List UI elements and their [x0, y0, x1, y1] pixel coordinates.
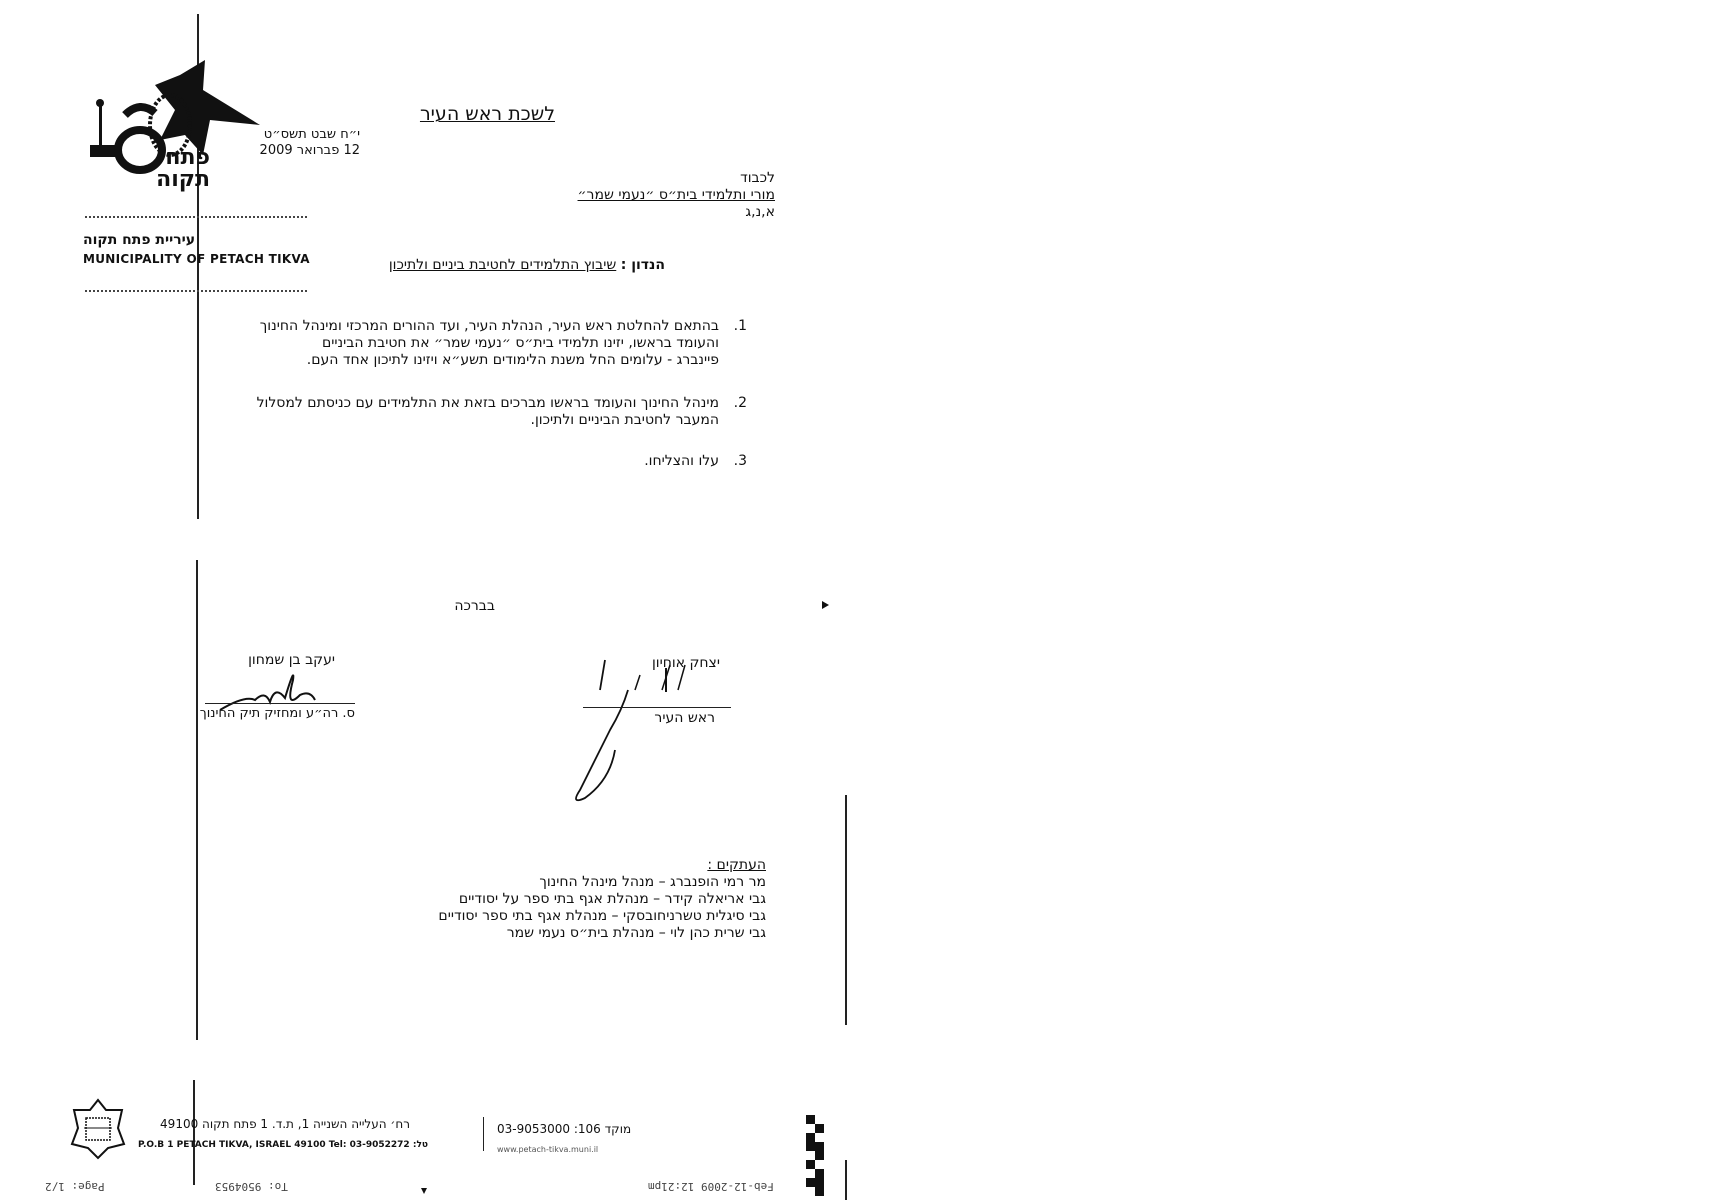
list-item-2: 2. מינהל החינוך והעומד בראשו מברכים בזאת… — [175, 395, 747, 429]
item-line: עלו והצליחו. — [560, 453, 719, 470]
footer-divider — [483, 1117, 484, 1151]
footer-address-he: רח׳ העלייה השנייה 1, ת.ד. 1 פתח תקוה 491… — [135, 1117, 410, 1131]
greeting: א,נ,ג — [520, 204, 775, 221]
item-line: המעבר לחטיבת הביניים ולתיכון. — [175, 412, 719, 429]
scan-line-right — [845, 795, 847, 1025]
scan-arrow-mark — [421, 1188, 427, 1194]
scan-line-left-lower — [196, 560, 198, 1040]
subject-line: הנדון : שיבוץ התלמידים לחטיבת ביניים ולת… — [330, 257, 665, 274]
divider-bottom — [85, 290, 307, 292]
logo-text-line2: תקוה — [150, 169, 210, 191]
signatory-left-title: ס. רה״ע ומחזיק תיק החינוך — [180, 706, 355, 722]
fax-timestamp: Feb-12-2009 12:21pm — [648, 1180, 774, 1193]
city-logo: פתח תקוה — [85, 55, 265, 195]
list-item-3: 3. עלו והצליחו. — [560, 453, 747, 470]
item-number: 3. — [734, 453, 747, 470]
item-number: 2. — [734, 395, 747, 412]
cc-list: העתקים : מר רמי הופנברג – מנהל מינהל החי… — [370, 857, 766, 942]
item-line: מינהל החינוך והעומד בראשו מברכים בזאת את… — [175, 395, 719, 412]
office-title: לשכת ראש העיר — [390, 103, 555, 125]
addressee-block: לכבוד מורי ותלמידי בית״ס ״נעמי שמר״ א,נ,… — [520, 170, 775, 221]
footer-address-en: P.O.B 1 PETACH TIKVA, ISRAEL 49100 Tel: … — [138, 1140, 468, 1150]
municipality-name-en: MUNICIPALITY OF PETACH TIKVA — [83, 252, 313, 266]
date-gregorian: 12 פברואר 2009 — [210, 143, 360, 159]
municipality-block: עיריית פתח תקוה MUNICIPALITY OF PETACH T… — [83, 232, 313, 266]
cc-label: העתקים : — [370, 857, 766, 874]
logo-text: פתח תקוה — [150, 147, 210, 191]
city-emblem-icon — [70, 1098, 126, 1160]
cc-entry: מר רמי הופנברג – מנהל מינהל החינוך — [370, 874, 766, 891]
list-item-1: 1. בהתאם להחלטת ראש העיר, הנהלת העיר, וע… — [185, 318, 747, 369]
date-hebrew: י״ח שבט תשס״ט — [210, 127, 360, 143]
signature-line-right — [583, 707, 731, 708]
item-line: פיינברג - עלומים החל משנת הלימודים תשע״א… — [185, 352, 719, 369]
fax-recipient: To: 9504953 — [215, 1180, 288, 1193]
item-line: בהתאם להחלטת ראש העיר, הנהלת העיר, ועד ה… — [185, 318, 719, 335]
scan-line-right-bottom — [845, 1160, 847, 1200]
cc-entry: גבי שרית כהן לוי – מנהלת בית״ס נעמי שמר — [370, 925, 766, 942]
item-number: 1. — [734, 318, 747, 335]
cc-entry: גבי אריאלה קידר – מנהלת אגף בתי ספר על י… — [370, 891, 766, 908]
divider-top — [85, 216, 307, 218]
subject-text: שיבוץ התלמידים לחטיבת ביניים ולתיכון — [389, 257, 616, 273]
footer-website: www.petach-tikva.muni.il — [497, 1145, 677, 1154]
fax-page-number: Page: 1/2 — [45, 1180, 105, 1193]
scan-mark — [822, 601, 829, 609]
scan-line-left-bottom — [193, 1080, 195, 1185]
logo-text-line1: פתח — [150, 147, 210, 169]
closing: בברכה — [430, 598, 495, 615]
cc-entry: גבי סיגלית טשרניחובסקי – מנהלת אגף בתי ס… — [370, 908, 766, 925]
scan-checker-mark — [806, 1115, 824, 1196]
signature-right-icon — [540, 650, 740, 810]
salutation: לכבוד — [520, 170, 775, 187]
item-line: והעומד בראשו, יזינו תלמידי בית״ס ״נעמי ש… — [185, 335, 719, 352]
municipality-name-he: עיריית פתח תקוה — [83, 232, 313, 248]
recipients: מורי ותלמידי בית״ס ״נעמי שמר״ — [520, 187, 775, 204]
letter-date: י״ח שבט תשס״ט 12 פברואר 2009 — [210, 127, 360, 159]
subject-label: הנדון : — [621, 257, 665, 273]
signature-line-left — [205, 703, 355, 704]
footer-phone-center: מוקד 106: 03-9053000 — [497, 1122, 637, 1136]
signatory-right-title: ראש העיר — [620, 710, 715, 727]
